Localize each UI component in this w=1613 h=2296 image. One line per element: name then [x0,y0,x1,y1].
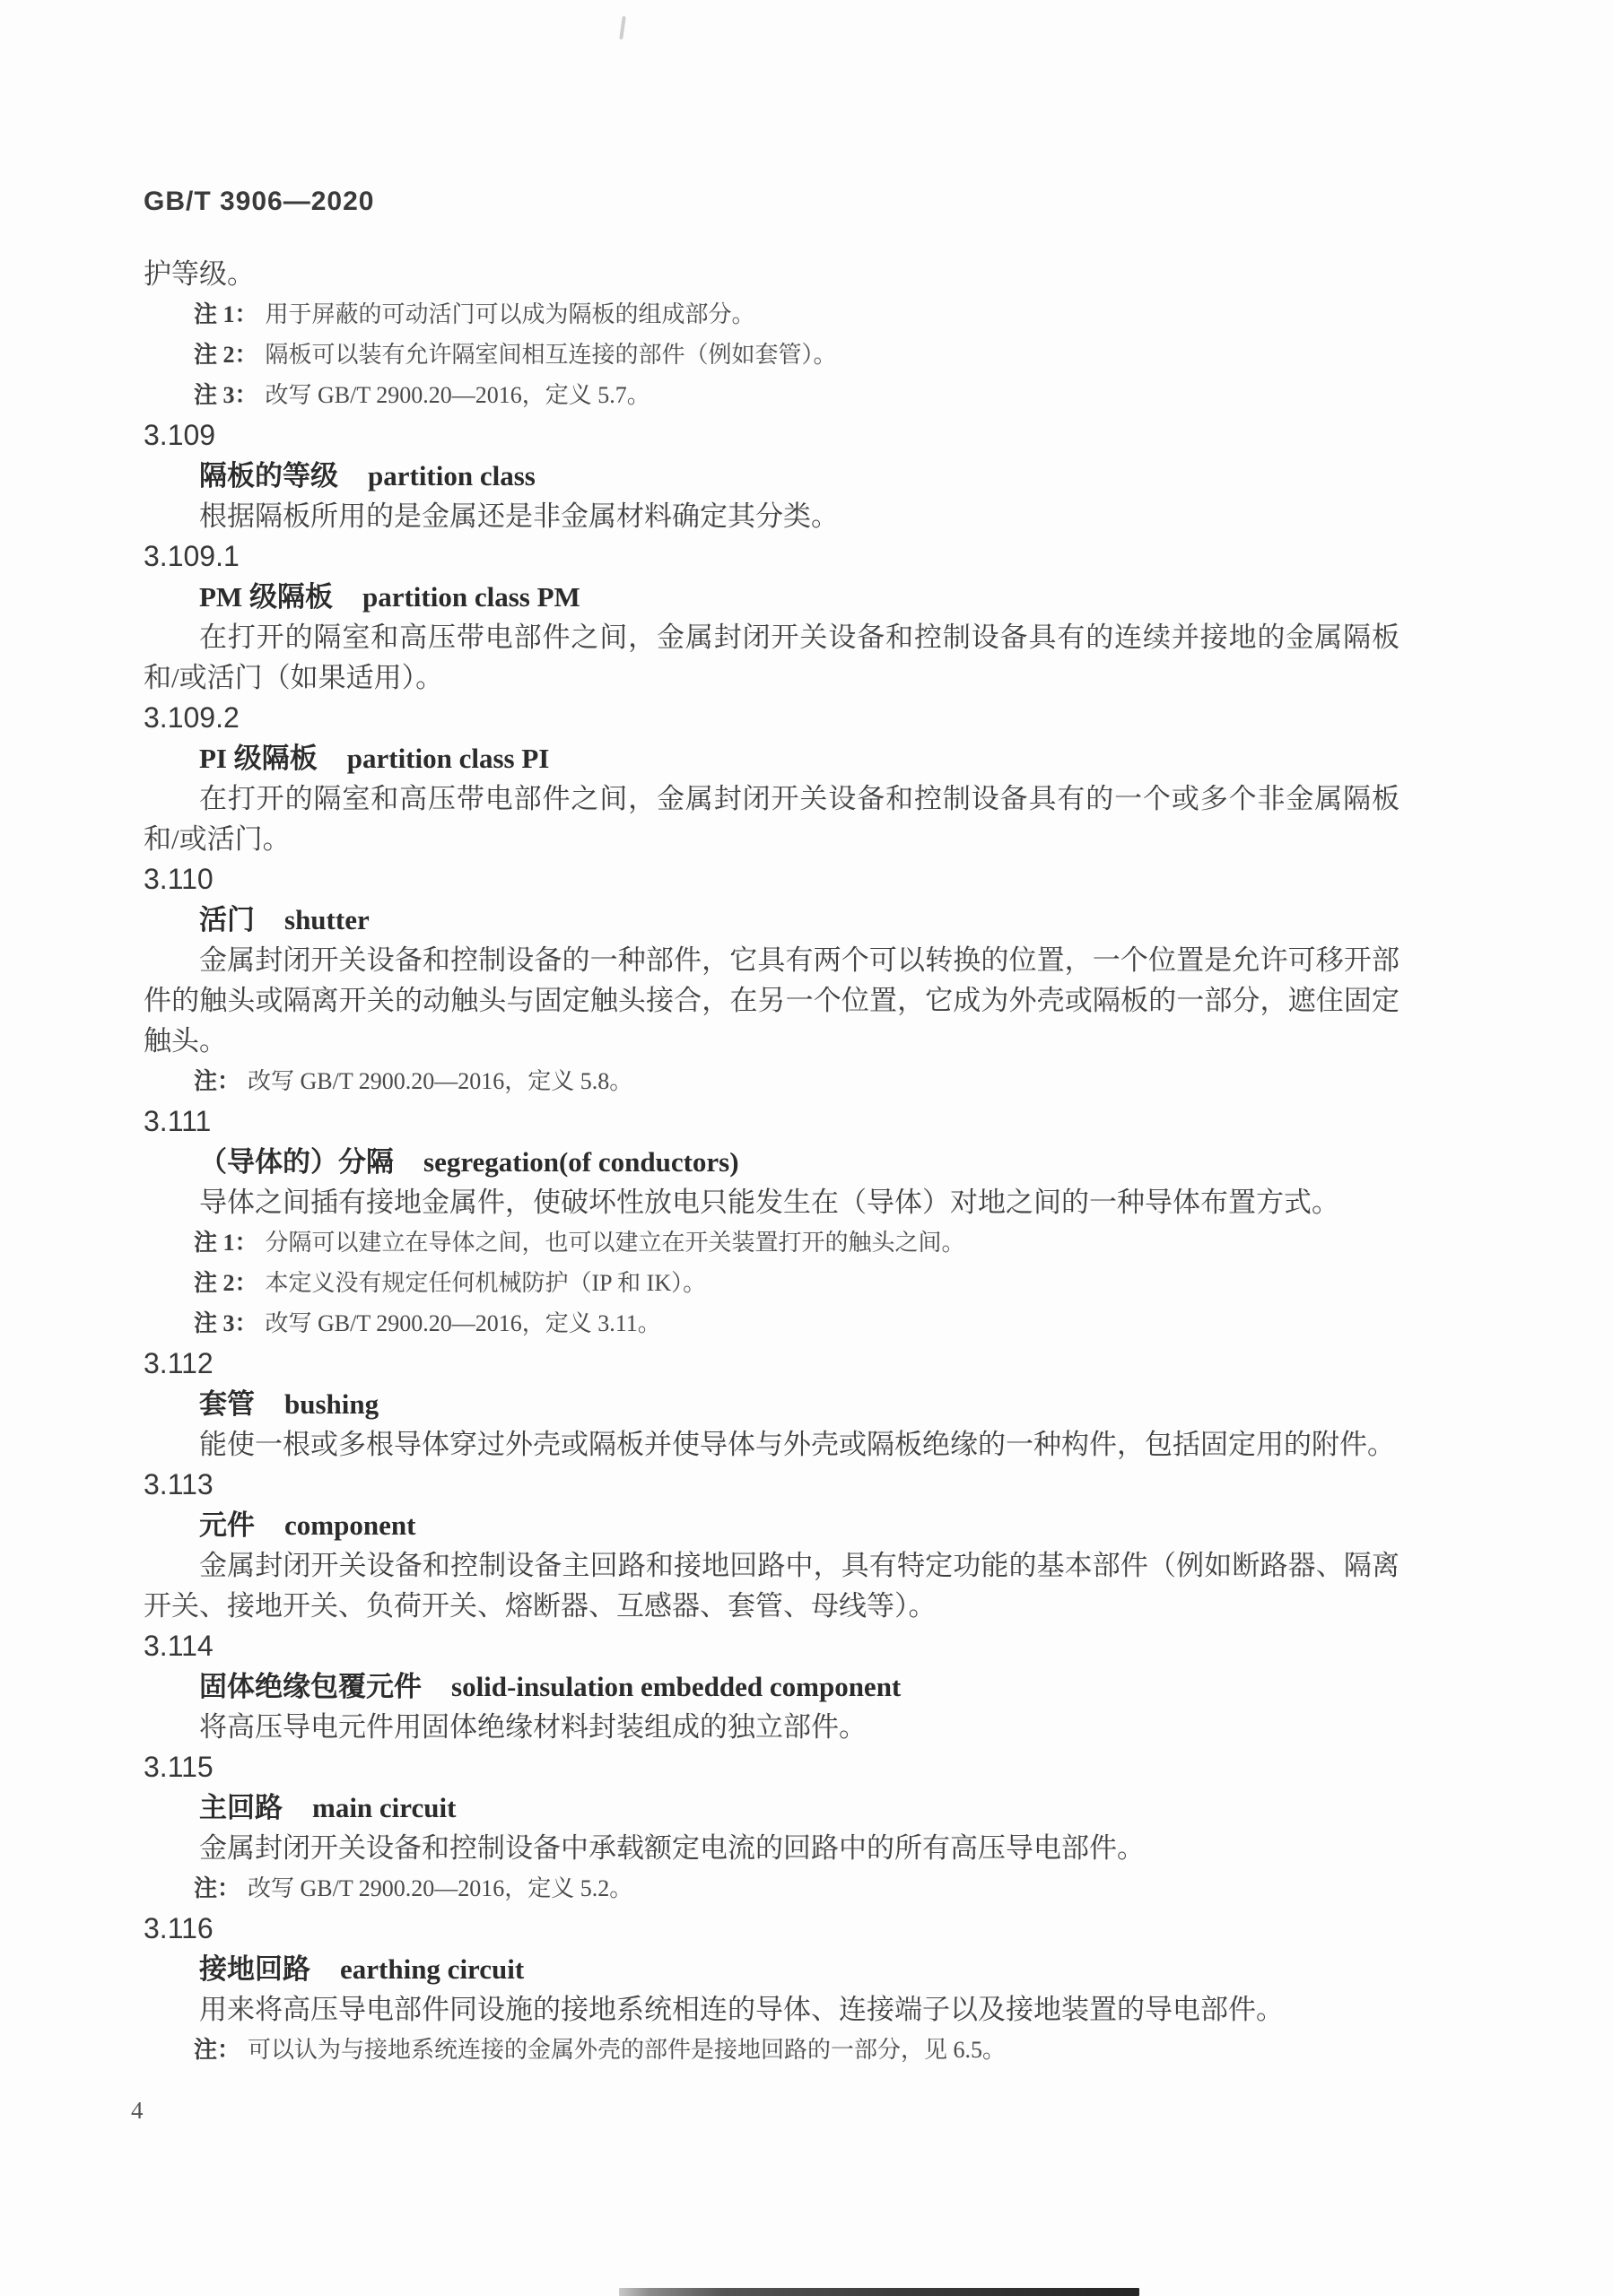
definition-line: 能使一根或多根导体穿过外壳或隔板并使导体与外壳或隔板绝缘的一种构件，包括固定用的… [144,1424,1399,1465]
document-code: GB/T 3906—2020 [144,184,1399,220]
carryover-text: 护等级。 [144,254,1399,294]
term-line: PM 级隔板partition class PM [144,577,1399,617]
note-text: 改写 GB/T 2900.20—2016，定义 5.7。 [266,382,650,408]
definition-line: 触头。 [144,1021,1399,1061]
note-line: 注：改写 GB/T 2900.20—2016，定义 5.8。 [144,1061,1399,1101]
term-line: 活门shutter [144,900,1399,940]
scanned-standard-page: GB/T 3906—2020 护等级。 注 1：用于屏蔽的可动活门可以成为隔板的… [0,0,1613,2296]
term-zh: 隔板的等级 [199,460,338,491]
term-zh: 主回路 [199,1792,283,1823]
note-text: 分隔可以建立在导体之间，也可以建立在开关装置打开的触头之间。 [266,1230,965,1256]
definition-line: 金属封闭开关设备和控制设备中承载额定电流的回路中的所有高压导电部件。 [144,1828,1399,1868]
term-zh: 元件 [199,1509,255,1541]
term-en: bushing [284,1388,379,1420]
section-number: 3.109.2 [144,698,1399,738]
definition-line: 在打开的隔室和高压带电部件之间，金属封闭开关设备和控制设备具有的一个或多个非金属… [144,778,1399,819]
term-zh: 活门 [199,904,255,935]
definition-line: 金属封闭开关设备和控制设备的一种部件，它具有两个可以转换的位置，一个位置是允许可… [144,940,1399,980]
note-text: 本定义没有规定任何机械防护（IP 和 IK）。 [266,1270,707,1296]
note-label: 注 1： [194,301,258,327]
term-line: （导体的）分隔segregation(of conductors) [144,1142,1399,1182]
term-line: 隔板的等级partition class [144,456,1399,496]
definition-line: 件的触头或隔离开关的动触头与固定触头接合，在另一个位置，它成为外壳或隔板的一部分… [144,980,1399,1021]
note-line: 注 2：本定义没有规定任何机械防护（IP 和 IK）。 [144,1263,1399,1303]
note-text: 改写 GB/T 2900.20—2016，定义 5.8。 [248,1068,632,1094]
definition-line: 在打开的隔室和高压带电部件之间，金属封闭开关设备和控制设备具有的连续并接地的金属… [144,617,1399,657]
term-line: 套管bushing [144,1384,1399,1424]
note-label: 注 2： [194,1270,258,1296]
term-en: earthing circuit [340,1953,524,1985]
term-en: main circuit [312,1792,456,1823]
note-label: 注： [194,2037,240,2063]
note-text: 隔板可以装有允许隔室间相互连接的部件（例如套管）。 [266,342,837,368]
section-number: 3.112 [144,1344,1399,1384]
note-label: 注 3： [194,382,258,408]
note-text: 可以认为与接地系统连接的金属外壳的部件是接地回路的一部分，见 6.5。 [248,2037,1006,2063]
section-number: 3.109.1 [144,536,1399,577]
section-number: 3.113 [144,1465,1399,1505]
scan-artifact-speck [619,16,626,39]
note-label: 注 1： [194,1230,258,1256]
page-content: GB/T 3906—2020 护等级。 注 1：用于屏蔽的可动活门可以成为隔板的… [144,184,1399,2125]
section-number: 3.111 [144,1101,1399,1142]
page-number: 4 [131,2097,1399,2125]
note-line: 注 2：隔板可以装有允许隔室间相互连接的部件（例如套管）。 [144,335,1399,375]
term-en: shutter [284,904,370,935]
term-zh: （导体的）分隔 [199,1146,394,1178]
term-en: partition class PM [362,581,580,613]
scan-artifact-bar [619,2288,1139,2296]
term-line: 主回路main circuit [144,1787,1399,1828]
note-line: 注 3：改写 GB/T 2900.20—2016，定义 3.11。 [144,1303,1399,1344]
term-line: 元件component [144,1505,1399,1545]
definition-line: 根据隔板所用的是金属还是非金属材料确定其分类。 [144,496,1399,536]
note-text: 改写 GB/T 2900.20—2016，定义 3.11。 [266,1310,661,1336]
note-line: 注：可以认为与接地系统连接的金属外壳的部件是接地回路的一部分，见 6.5。 [144,2030,1399,2070]
definition-line: 将高压导电元件用固体绝缘材料封装组成的独立部件。 [144,1707,1399,1747]
section-number: 3.109 [144,415,1399,456]
term-line: 固体绝缘包覆元件solid-insulation embedded compon… [144,1666,1399,1707]
definition-line: 金属封闭开关设备和控制设备主回路和接地回路中，具有特定功能的基本部件（例如断路器… [144,1545,1399,1586]
note-label: 注： [194,1068,240,1094]
term-en: partition class PI [347,743,550,774]
term-en: partition class [368,460,536,491]
note-line: 注 1：用于屏蔽的可动活门可以成为隔板的组成部分。 [144,294,1399,335]
term-en: segregation(of conductors) [423,1146,739,1178]
term-zh: 接地回路 [199,1953,310,1985]
section-number: 3.116 [144,1909,1399,1949]
definition-line: 开关、接地开关、负荷开关、熔断器、互感器、套管、母线等）。 [144,1586,1399,1626]
note-label: 注 2： [194,342,258,368]
note-label: 注： [194,1875,240,1901]
term-en: solid-insulation embedded component [451,1671,901,1702]
term-zh: PM 级隔板 [199,581,333,613]
term-line: 接地回路earthing circuit [144,1949,1399,1989]
definition-line: 和/或活门（如果适用）。 [144,657,1399,698]
section-number: 3.115 [144,1747,1399,1787]
note-text: 改写 GB/T 2900.20—2016，定义 5.2。 [248,1875,632,1901]
definition-line: 用来将高压导电部件同设施的接地系统相连的导体、连接端子以及接地装置的导电部件。 [144,1989,1399,2030]
definition-line: 导体之间插有接地金属件，使破坏性放电只能发生在（导体）对地之间的一种导体布置方式… [144,1182,1399,1222]
note-label: 注 3： [194,1310,258,1336]
note-line: 注：改写 GB/T 2900.20—2016，定义 5.2。 [144,1868,1399,1909]
section-number: 3.114 [144,1626,1399,1666]
note-line: 注 1：分隔可以建立在导体之间，也可以建立在开关装置打开的触头之间。 [144,1222,1399,1263]
term-zh: PI 级隔板 [199,743,318,774]
term-en: component [284,1509,415,1541]
term-zh: 套管 [199,1388,255,1420]
note-line: 注 3：改写 GB/T 2900.20—2016，定义 5.7。 [144,375,1399,415]
term-zh: 固体绝缘包覆元件 [199,1671,422,1702]
section-number: 3.110 [144,859,1399,900]
term-line: PI 级隔板partition class PI [144,738,1399,778]
note-text: 用于屏蔽的可动活门可以成为隔板的组成部分。 [266,301,755,327]
definition-line: 和/或活门。 [144,819,1399,859]
